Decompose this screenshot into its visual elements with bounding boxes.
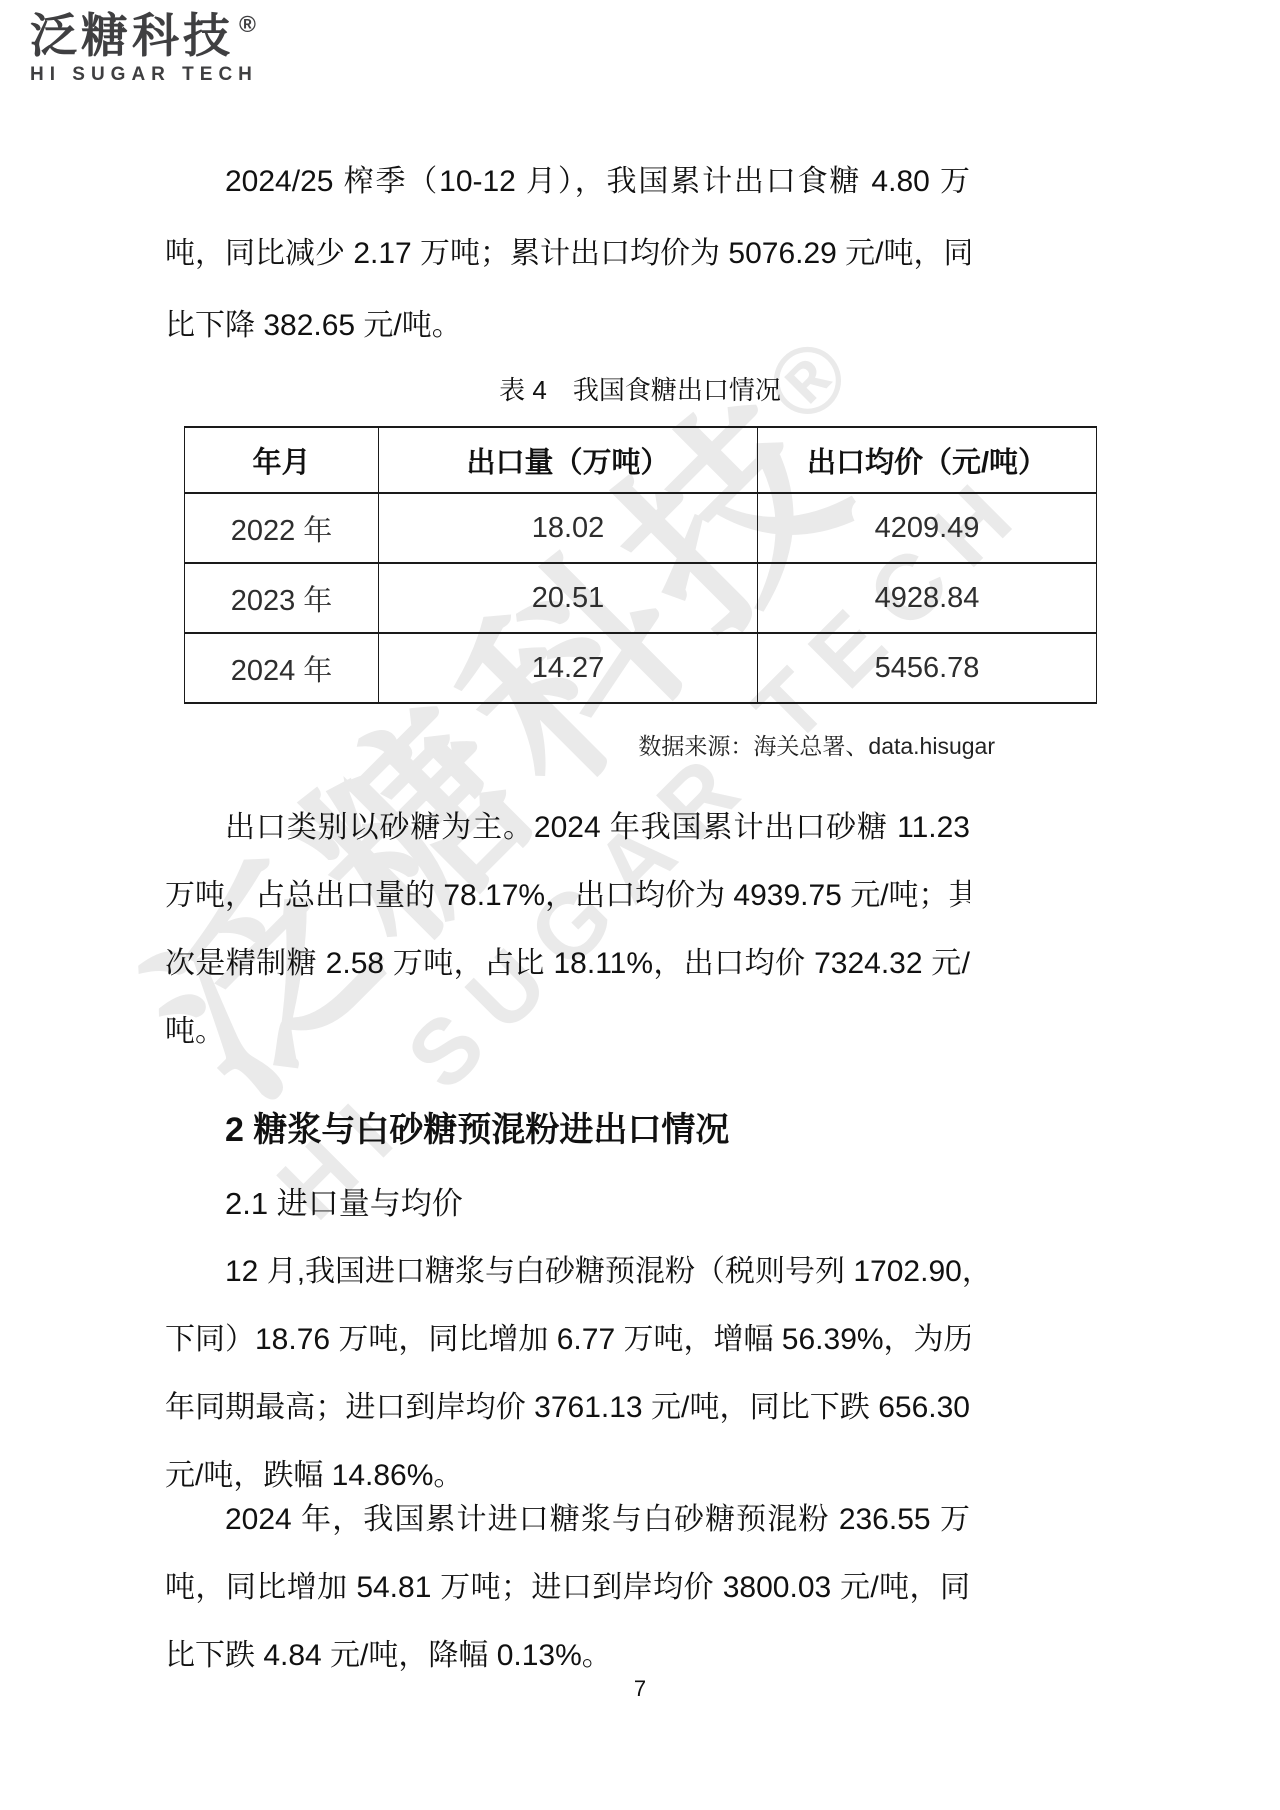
volume-cell: 14.27 [379,633,758,703]
table-header-row: 年月 出口量（万吨） 出口均价（元/吨） [185,427,1097,493]
year-cell: 2023 年 [185,563,379,633]
logo-subtitle: HI SUGAR TECH [30,65,258,84]
subsection-heading-import-volume-price: 2.1 进口量与均价 [165,1182,970,1226]
text-line: 2024 年，我国累计进口糖浆与白砂糖预混粉 236.55 万 [165,1486,970,1554]
paragraph-annual-imports: 2024 年，我国累计进口糖浆与白砂糖预混粉 236.55 万 吨，同比增加 5… [165,1486,970,1690]
header-cell-year: 年月 [185,427,379,493]
logo-wordmark: 泛糖科技® [30,12,258,59]
document-page: 泛糖科技® HI SUGAR TECH 泛糖科技® HI SUGAR TECH … [0,0,1280,1810]
text-line: 吨，同比增加 54.81 万吨；进口到岸均价 3800.03 元/吨，同 [165,1554,970,1622]
header-cell-export-volume: 出口量（万吨） [379,427,758,493]
text-line: 比下降 382.65 元/吨。 [165,290,970,362]
text-line: 次是精制糖 2.58 万吨，占比 18.11%，出口均价 7324.32 元/ [165,930,970,998]
page-number: 7 [0,1676,1280,1702]
volume-cell: 18.02 [379,493,758,563]
year-cell: 2024 年 [185,633,379,703]
paragraph-export-categories: 出口类别以砂糖为主。2024 年我国累计出口砂糖 11.23 万吨，占总出口量的… [165,794,970,1066]
brand-logo: 泛糖科技® HI SUGAR TECH [30,12,258,84]
text-line: 出口类别以砂糖为主。2024 年我国累计出口砂糖 11.23 [165,794,970,862]
logo-cjk-text: 泛糖科技 [30,9,234,62]
year-cell: 2022 年 [185,493,379,563]
volume-cell: 20.51 [379,563,758,633]
table-caption: 表 4 我国食糖出口情况 [184,370,1096,407]
paragraph-export-summary: 2024/25 榨季（10-12 月），我国累计出口食糖 4.80 万 吨，同比… [165,146,970,362]
table-row: 2022 年 18.02 4209.49 [185,493,1097,563]
data-source-note: 数据来源：海关总署、data.hisugar [165,728,995,761]
registered-mark-icon: ® [239,11,256,37]
table-row: 2024 年 14.27 5456.78 [185,633,1097,703]
table-row: 2023 年 20.51 4928.84 [185,563,1097,633]
section-heading-syrup-trade: 2 糖浆与白砂糖预混粉进出口情况 [165,1106,970,1154]
text-line: 下同）18.76 万吨，同比增加 6.77 万吨，增幅 56.39%，为历 [165,1306,970,1374]
text-line: 万吨，占总出口量的 78.17%，出口均价为 4939.75 元/吨；其 [165,862,970,930]
price-cell: 4209.49 [758,493,1097,563]
sugar-export-table: 年月 出口量（万吨） 出口均价（元/吨） 2022 年 18.02 4209.4… [184,426,1097,704]
text-line: 吨，同比减少 2.17 万吨；累计出口均价为 5076.29 元/吨，同 [165,218,970,290]
price-cell: 4928.84 [758,563,1097,633]
text-line: 吨。 [165,998,970,1066]
paragraph-december-imports: 12 月,我国进口糖浆与白砂糖预混粉（税则号列 1702.90， 下同）18.7… [165,1238,970,1510]
text-line: 年同期最高；进口到岸均价 3761.13 元/吨，同比下跌 656.30 [165,1374,970,1442]
price-cell: 5456.78 [758,633,1097,703]
header-cell-export-price: 出口均价（元/吨） [758,427,1097,493]
text-line: 12 月,我国进口糖浆与白砂糖预混粉（税则号列 1702.90， [165,1238,970,1306]
text-line: 2024/25 榨季（10-12 月），我国累计出口食糖 4.80 万 [165,146,970,218]
